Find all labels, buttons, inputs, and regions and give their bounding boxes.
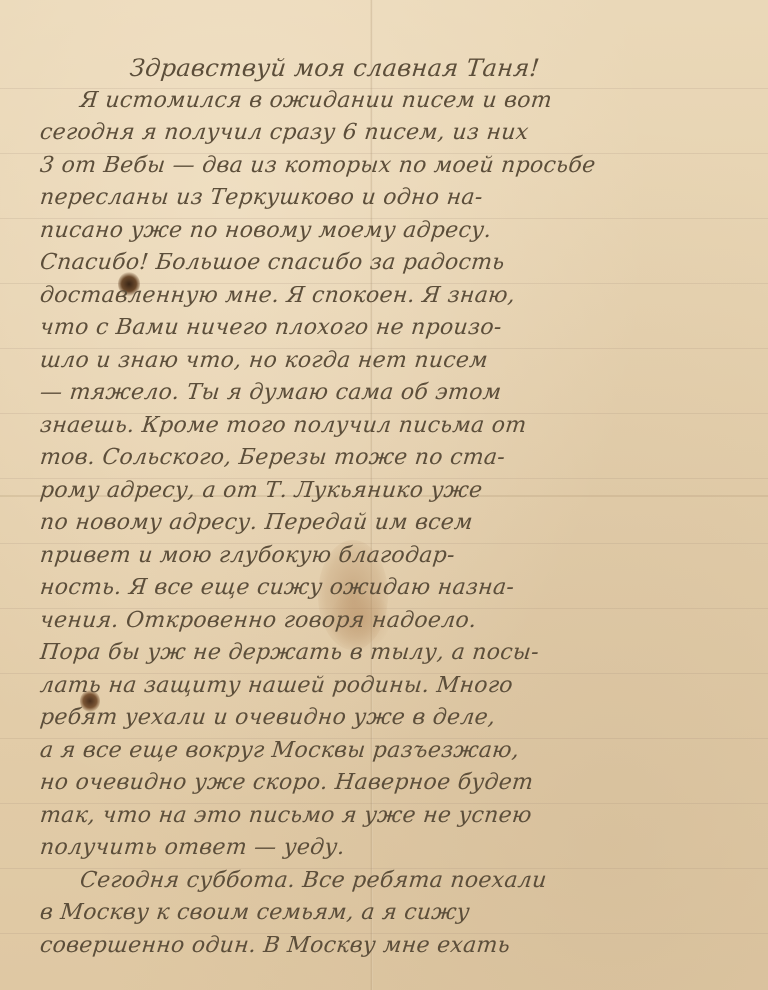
letter-line: Я истомился в ожидании писем и вот	[38, 85, 751, 118]
letter-line: совершенно один. В Москву мне ехать	[38, 930, 751, 963]
letter-line: в Москву к своим семьям, а я сижу	[38, 897, 751, 930]
letter-line: пересланы из Теркушково и одно на-	[38, 182, 751, 215]
letter-line: знаешь. Кроме того получил письма от	[38, 410, 751, 443]
letter-line: получить ответ — уеду.	[38, 832, 751, 865]
letter-line: по новому адресу. Передай им всем	[38, 507, 751, 540]
letter-page: Здравствуй моя славная Таня! Я истомился…	[0, 0, 768, 990]
letter-line: Сегодня суббота. Все ребята поехали	[38, 865, 751, 898]
letter-line: 3 от Вебы — два из которых по моей прось…	[38, 150, 751, 183]
letter-line: тов. Сольского, Березы тоже по ста-	[38, 442, 751, 475]
letter-line: сегодня я получил сразу 6 писем, из них	[38, 117, 751, 150]
letter-line: ность. Я все еще сижу ожидаю назна-	[38, 572, 751, 605]
letter-line: лать на защиту нашей родины. Много	[38, 670, 751, 703]
letter-line: ребят уехали и очевидно уже в деле,	[38, 702, 751, 735]
letter-line: так, что на это письмо я уже не успею	[38, 800, 751, 833]
letter-line: чения. Откровенно говоря надоело.	[38, 605, 751, 638]
letter-body: Здравствуй моя славная Таня! Я истомился…	[40, 52, 750, 962]
letter-greeting: Здравствуй моя славная Таня!	[38, 52, 751, 85]
letter-line: Пора бы уж не держать в тылу, а посы-	[38, 637, 751, 670]
letter-line: доставленную мне. Я спокоен. Я знаю,	[38, 280, 751, 313]
letter-line: а я все еще вокруг Москвы разъезжаю,	[38, 735, 751, 768]
letter-line: но очевидно уже скоро. Наверное будет	[38, 767, 751, 800]
letter-line: — тяжело. Ты я думаю сама об этом	[38, 377, 751, 410]
letter-line: рому адресу, а от Т. Лукьянико уже	[38, 475, 751, 508]
letter-line: писано уже по новому моему адресу.	[38, 215, 751, 248]
letter-line: шло и знаю что, но когда нет писем	[38, 345, 751, 378]
letter-line: что с Вами ничего плохого не произо-	[38, 312, 751, 345]
letter-line: Спасибо! Большое спасибо за радость	[38, 247, 751, 280]
letter-line: привет и мою глубокую благодар-	[38, 540, 751, 573]
